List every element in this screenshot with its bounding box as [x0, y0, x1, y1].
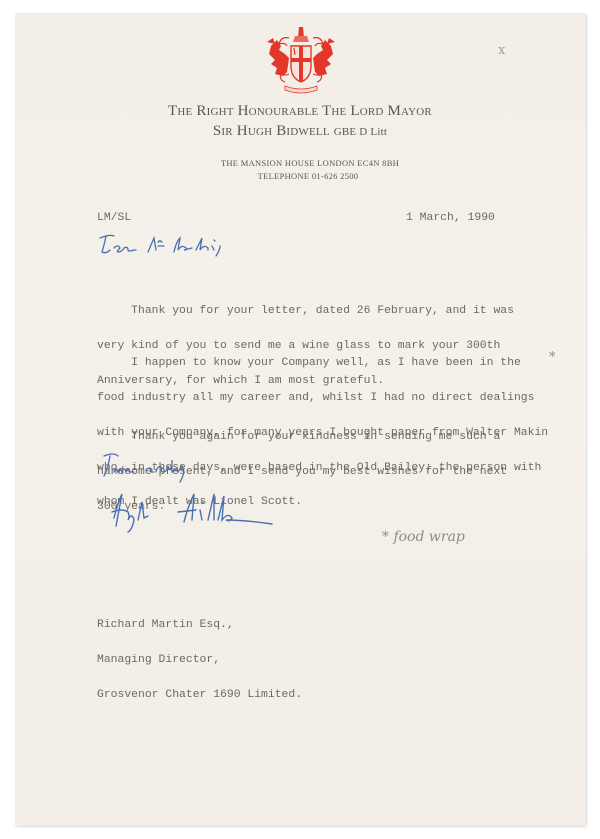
- margin-asterisk: *: [549, 350, 556, 365]
- letterhead-name: Sir Hugh BidwellGBE D Litt: [0, 123, 600, 140]
- letterhead-address: THE MANSION HOUSE LONDON EC4N 8BH: [10, 158, 600, 168]
- paragraph-line: Thank you for your letter, dated 26 Febr…: [97, 306, 514, 318]
- letterhead-honours: GBE D Litt: [334, 126, 387, 138]
- letterhead-person-name: Sir Hugh Bidwell: [213, 123, 330, 139]
- recipient-line: Grosvenor Chater 1690 Limited.: [97, 690, 302, 702]
- pencil-annotation: * food wrap: [382, 529, 465, 545]
- recipient-line: Richard Martin Esq.,: [97, 620, 302, 632]
- paragraph-line: Thank you again for your kindness in sen…: [97, 432, 507, 444]
- paragraph-line: food industry all my career and, whilst …: [97, 393, 548, 405]
- letterhead-title: The Right Honourable The Lord Mayor: [0, 103, 600, 120]
- paragraph-line: I happen to know your Company well, as I…: [97, 358, 548, 370]
- letterhead-telephone: TELEPHONE 01-626 2500: [8, 171, 600, 181]
- reference-code: LM/SL: [97, 213, 131, 225]
- recipient-line: Managing Director,: [97, 655, 302, 667]
- handwritten-signature: Hugh Bidwell: [104, 490, 284, 534]
- corner-mark: x: [498, 43, 505, 58]
- letter-date: 1 March, 1990: [406, 213, 495, 225]
- handwritten-closing: Yours sincerely: [100, 452, 210, 488]
- handwritten-salutation: Dear Mr Martin,: [96, 232, 256, 262]
- coat-of-arms-icon: [263, 24, 339, 100]
- recipient-address: Richard Martin Esq., Managing Director, …: [97, 597, 302, 713]
